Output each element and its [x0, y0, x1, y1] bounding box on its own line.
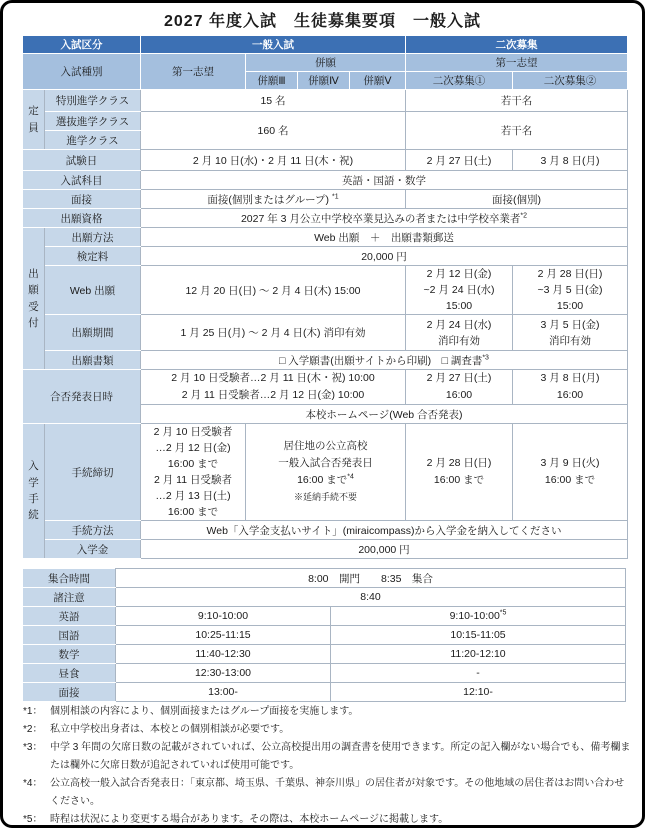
line: 16:00 まで [515, 472, 625, 489]
row-label-lunch: 昼食 [23, 664, 116, 683]
line: 2 月 11 日受験者 [143, 472, 243, 488]
table-row: 英語 9:10-10:00 9:10-10:00*5 [23, 607, 626, 626]
interview-secondary: 面接(個別) [406, 190, 628, 209]
enrollment-deadline-first-choice: 2 月 10 日受験者 …2 月 12 日(金) 16:00 まで 2 月 11… [141, 424, 246, 521]
line: 居住地の公立高校 [248, 438, 403, 455]
header-secondary-2: 二次募集② [513, 72, 628, 90]
notes-value: 8:40 [116, 588, 626, 607]
footnote-3: *3： 中学 3 年間の欠席日数の記載がされていれば、公立高校提出用の調査書を使… [23, 739, 631, 775]
capacity-other-general: 160 名 [141, 112, 406, 150]
japanese-time-secondary: 10:15-11:05 [331, 626, 626, 645]
line: 2 月 27 日(土) [408, 370, 510, 387]
row-label-interview: 面接 [23, 190, 141, 209]
table-row: 面接 13:00- 12:10- [23, 683, 626, 702]
enrollment-deadline-heigan: 居住地の公立高校 一般入試合否発表日 16:00 まで*4 ※延納手続不要 [246, 424, 406, 521]
schedule-table: 集合時間 8:00 開門 8:35 集合 諸注意 8:40 英語 9:10-10… [22, 568, 626, 702]
table-row: 面接 面接(個別またはグループ) *1 面接(個別) [23, 190, 628, 209]
english-time-general: 9:10-10:00 [116, 607, 331, 626]
row-label-select-class: 選抜進学クラス [45, 112, 141, 131]
line: …2 月 12 日(金) [143, 440, 243, 456]
line: 16:00 まで [143, 456, 243, 472]
line: 16:00 [408, 387, 510, 404]
math-time-general: 11:40-12:30 [116, 645, 331, 664]
exam-date-secondary-2: 3 月 8 日(月) [513, 150, 628, 171]
table-row: 試験日 2 月 10 日(水)・2 月 11 日(木・祝) 2 月 27 日(土… [23, 150, 628, 171]
table-row: 出願期間 1 月 25 日(月) ～ 2 月 4 日(木) 消印有効 2 月 2… [23, 315, 628, 351]
lunch-time-secondary: - [331, 664, 626, 683]
row-label-application-period: 出願期間 [45, 315, 141, 351]
line: 16:00 まで*4 [248, 472, 403, 489]
footnote-text: 時程は状況により変更する場合があります。その際は、本校ホームページに掲載します。 [50, 811, 631, 828]
web-application-general: 12 月 20 日(日) ～ 2 月 4 日(木) 15:00 [141, 266, 406, 315]
deadline-text: 16:00 まで [297, 474, 347, 486]
line: 2 月 24 日(水) [408, 317, 510, 333]
enrollment-deadline-secondary-1: 2 月 28 日(日) 16:00 まで [406, 424, 513, 521]
line: 3 月 8 日(月) [515, 370, 625, 387]
english-time-secondary: 9:10-10:00*5 [331, 607, 626, 626]
interview-time-secondary: 12:10- [331, 683, 626, 702]
footnote-5: *5： 時程は状況により変更する場合があります。その際は、本校ホームページに掲載… [23, 811, 631, 828]
footnote-ref-2: *2 [520, 212, 527, 219]
row-label-enrollment-method: 手続方法 [45, 521, 141, 540]
interview-time-general: 13:00- [116, 683, 331, 702]
table-row: 選抜進学クラス 160 名 若干名 [23, 112, 628, 131]
results-secondary-2: 3 月 8 日(月) 16:00 [513, 370, 628, 405]
eligibility-value: 2027 年 3 月公立中学校卒業見込みの者または中学校卒業者*2 [141, 209, 628, 228]
exam-date-general: 2 月 10 日(水)・2 月 11 日(木・祝) [141, 150, 406, 171]
application-documents-text: □ 入学願書(出願サイトから印刷) □ 調査書 [279, 355, 482, 367]
table-row: 出願受付 出願方法 Web 出願 ＋ 出願書類郵送 [23, 228, 628, 247]
row-label-enrollment-deadline: 手続締切 [45, 424, 141, 521]
interview-general-text: 面接(個別またはグループ) [207, 194, 332, 206]
footnote-ref-3: *3 [482, 354, 489, 361]
table-row: 昼食 12:30-13:00 - [23, 664, 626, 683]
line: ~2 月 24 日(水) [408, 282, 510, 298]
table-row: 検定料 20,000 円 [23, 247, 628, 266]
footnote-text: 公立高校一般入試合否発表日：「東京都、埼玉県、千葉県、神奈川県」の居住者が対象で… [50, 775, 631, 811]
footnote-text: 中学 3 年間の欠席日数の記載がされていれば、公立高校提出用の調査書を使用できま… [50, 739, 631, 775]
header-general-admission: 一般入試 [141, 36, 406, 54]
results-web-announcement: 本校ホームページ(Web 合否発表) [141, 405, 628, 424]
document-page: 2027 年度入試 生徒募集要項 一般入試 入試区分 一般入試 二次募集 入試種… [0, 0, 645, 828]
line: 2 月 11 日受験者…2 月 12 日(金) 10:00 [143, 387, 403, 404]
row-label-japanese: 国語 [23, 626, 116, 645]
line: 15:00 [515, 298, 625, 314]
footnote-ref-5: *5 [500, 610, 507, 617]
line: 2 月 10 日受験者 [143, 424, 243, 440]
footnote-ref-1: *1 [332, 193, 339, 200]
row-label-meeting-time: 集合時間 [23, 569, 116, 588]
table-row: 入学金 200,000 円 [23, 540, 628, 559]
row-label-web-application: Web 出願 [45, 266, 141, 315]
exam-date-secondary-1: 2 月 27 日(土) [406, 150, 513, 171]
header-exam-category: 入試区分 [23, 36, 141, 54]
footnote-text: 私立中学校出身者は、本校との個別相談が必要です。 [50, 721, 631, 739]
header-secondary-first-choice: 第一志望 [406, 54, 628, 72]
enrollment-method-value: Web「入学金支払いサイト」(miraicompass)から入学金を納入してくだ… [141, 521, 628, 540]
table-row: 出願書類 □ 入学願書(出願サイトから印刷) □ 調査書*3 [23, 351, 628, 370]
footnote-1: *1： 個別相談の内容により、個別面接またはグループ面接を実施します。 [23, 703, 631, 721]
capacity-other-secondary: 若干名 [406, 112, 628, 150]
header-heigan-5: 併願Ⅴ [350, 72, 406, 90]
eligibility-text: 2027 年 3 月公立中学校卒業見込みの者または中学校卒業者 [241, 213, 520, 225]
line: 2 月 12 日(金) [408, 266, 510, 282]
row-label-interview-time: 面接 [23, 683, 116, 702]
line: 3 月 9 日(火) [515, 455, 625, 472]
web-application-secondary-2: 2 月 28 日(日) ~3 月 5 日(金) 15:00 [513, 266, 628, 315]
table-row: 合否発表日時 2 月 10 日受験者…2 月 11 日(木・祝) 10:00 2… [23, 370, 628, 405]
row-label-notes: 諸注意 [23, 588, 116, 607]
row-label-exam-fee: 検定料 [45, 247, 141, 266]
footnote-marker: *2： [23, 721, 50, 739]
header-heigan-4: 併願Ⅳ [298, 72, 350, 90]
line: 一般入試合否発表日 [248, 455, 403, 472]
application-documents-value: □ 入学願書(出願サイトから印刷) □ 調査書*3 [141, 351, 628, 370]
table-row: 諸注意 8:40 [23, 588, 626, 607]
math-time-secondary: 11:20-12:10 [331, 645, 626, 664]
table-row: Web 出願 12 月 20 日(日) ～ 2 月 4 日(木) 15:00 2… [23, 266, 628, 315]
row-label-english: 英語 [23, 607, 116, 626]
line: 2 月 28 日(日) [515, 266, 625, 282]
line: ~3 月 5 日(金) [515, 282, 625, 298]
row-label-shingaku-class: 進学クラス [45, 131, 141, 150]
footnote-marker: *3： [23, 739, 50, 775]
header-first-choice: 第一志望 [141, 54, 246, 90]
table-row: 入試区分 一般入試 二次募集 [23, 36, 628, 54]
group-label-enrollment: 入学手続 [23, 424, 45, 559]
web-application-secondary-1: 2 月 12 日(金) ~2 月 24 日(水) 15:00 [406, 266, 513, 315]
interview-general: 面接(個別またはグループ) *1 [141, 190, 406, 209]
capacity-special-general: 15 名 [141, 90, 406, 112]
footnote-marker: *4： [23, 775, 50, 811]
table-row: 出願資格 2027 年 3 月公立中学校卒業見込みの者または中学校卒業者*2 [23, 209, 628, 228]
application-period-secondary-1: 2 月 24 日(水) 消印有効 [406, 315, 513, 351]
application-period-secondary-2: 3 月 5 日(金) 消印有効 [513, 315, 628, 351]
line: 2 月 10 日受験者…2 月 11 日(木・祝) 10:00 [143, 370, 403, 387]
line: 16:00 まで [408, 472, 510, 489]
exam-fee-value: 20,000 円 [141, 247, 628, 266]
table-row: 手続方法 Web「入学金支払いサイト」(miraicompass)から入学金を納… [23, 521, 628, 540]
results-general: 2 月 10 日受験者…2 月 11 日(木・祝) 10:00 2 月 11 日… [141, 370, 406, 405]
table-row: 入試科目 英語・国語・数学 [23, 171, 628, 190]
line: 3 月 5 日(金) [515, 317, 625, 333]
application-period-general: 1 月 25 日(月) ～ 2 月 4 日(木) 消印有効 [141, 315, 406, 351]
row-label-special-class: 特別進学クラス [45, 90, 141, 112]
results-secondary-1: 2 月 27 日(土) 16:00 [406, 370, 513, 405]
line: ※延納手続不要 [248, 489, 403, 506]
row-label-application-method: 出願方法 [45, 228, 141, 247]
table-row: 国語 10:25-11:15 10:15-11:05 [23, 626, 626, 645]
table-row: 入試種別 第一志望 併願 第一志望 [23, 54, 628, 72]
row-label-subjects: 入試科目 [23, 171, 141, 190]
group-label-application: 出願受付 [23, 228, 45, 370]
application-method-value: Web 出願 ＋ 出願書類郵送 [141, 228, 628, 247]
footnote-2: *2： 私立中学校出身者は、本校との個別相談が必要です。 [23, 721, 631, 739]
capacity-special-secondary: 若干名 [406, 90, 628, 112]
enrollment-fee-value: 200,000 円 [141, 540, 628, 559]
subjects-value: 英語・国語・数学 [141, 171, 628, 190]
meeting-time-value: 8:00 開門 8:35 集合 [116, 569, 626, 588]
enrollment-deadline-secondary-2: 3 月 9 日(火) 16:00 まで [513, 424, 628, 521]
table-row: 定員 特別進学クラス 15 名 若干名 [23, 90, 628, 112]
row-label-eligibility: 出願資格 [23, 209, 141, 228]
row-label-exam-date: 試験日 [23, 150, 141, 171]
page-title: 2027 年度入試 生徒募集要項 一般入試 [3, 8, 642, 31]
line: 15:00 [408, 298, 510, 314]
header-secondary-recruitment: 二次募集 [406, 36, 628, 54]
line: 16:00 まで [143, 504, 243, 520]
footnote-ref-4: *4 [347, 474, 354, 481]
table-row: 集合時間 8:00 開門 8:35 集合 [23, 569, 626, 588]
japanese-time-general: 10:25-11:15 [116, 626, 331, 645]
line: 2 月 28 日(日) [408, 455, 510, 472]
row-label-results: 合否発表日時 [23, 370, 141, 424]
footnote-marker: *1： [23, 703, 50, 721]
lunch-time-general: 12:30-13:00 [116, 664, 331, 683]
admission-table: 入試区分 一般入試 二次募集 入試種別 第一志望 併願 第一志望 併願Ⅲ 併願Ⅳ… [22, 35, 628, 559]
header-heigan-3: 併願Ⅲ [246, 72, 298, 90]
footnote-4: *4： 公立高校一般入試合否発表日：「東京都、埼玉県、千葉県、神奈川県」の居住者… [23, 775, 631, 811]
row-label-application-documents: 出願書類 [45, 351, 141, 370]
line: 16:00 [515, 387, 625, 404]
header-secondary-1: 二次募集① [406, 72, 513, 90]
line: 消印有効 [408, 333, 510, 349]
header-exam-type: 入試種別 [23, 54, 141, 90]
line: 消印有効 [515, 333, 625, 349]
footnote-text: 個別相談の内容により、個別面接またはグループ面接を実施します。 [50, 703, 631, 721]
row-label-enrollment-fee: 入学金 [45, 540, 141, 559]
english-time-text: 9:10-10:00 [450, 610, 500, 622]
header-heigan: 併願 [246, 54, 406, 72]
group-label-capacity: 定員 [23, 90, 45, 150]
row-label-math: 数学 [23, 645, 116, 664]
table-row: 入学手続 手続締切 2 月 10 日受験者 …2 月 12 日(金) 16:00… [23, 424, 628, 521]
table-row: 数学 11:40-12:30 11:20-12:10 [23, 645, 626, 664]
line: …2 月 13 日(土) [143, 488, 243, 504]
footnote-marker: *5： [23, 811, 50, 828]
footnotes-section: *1： 個別相談の内容により、個別面接またはグループ面接を実施します。 *2： … [23, 703, 631, 828]
